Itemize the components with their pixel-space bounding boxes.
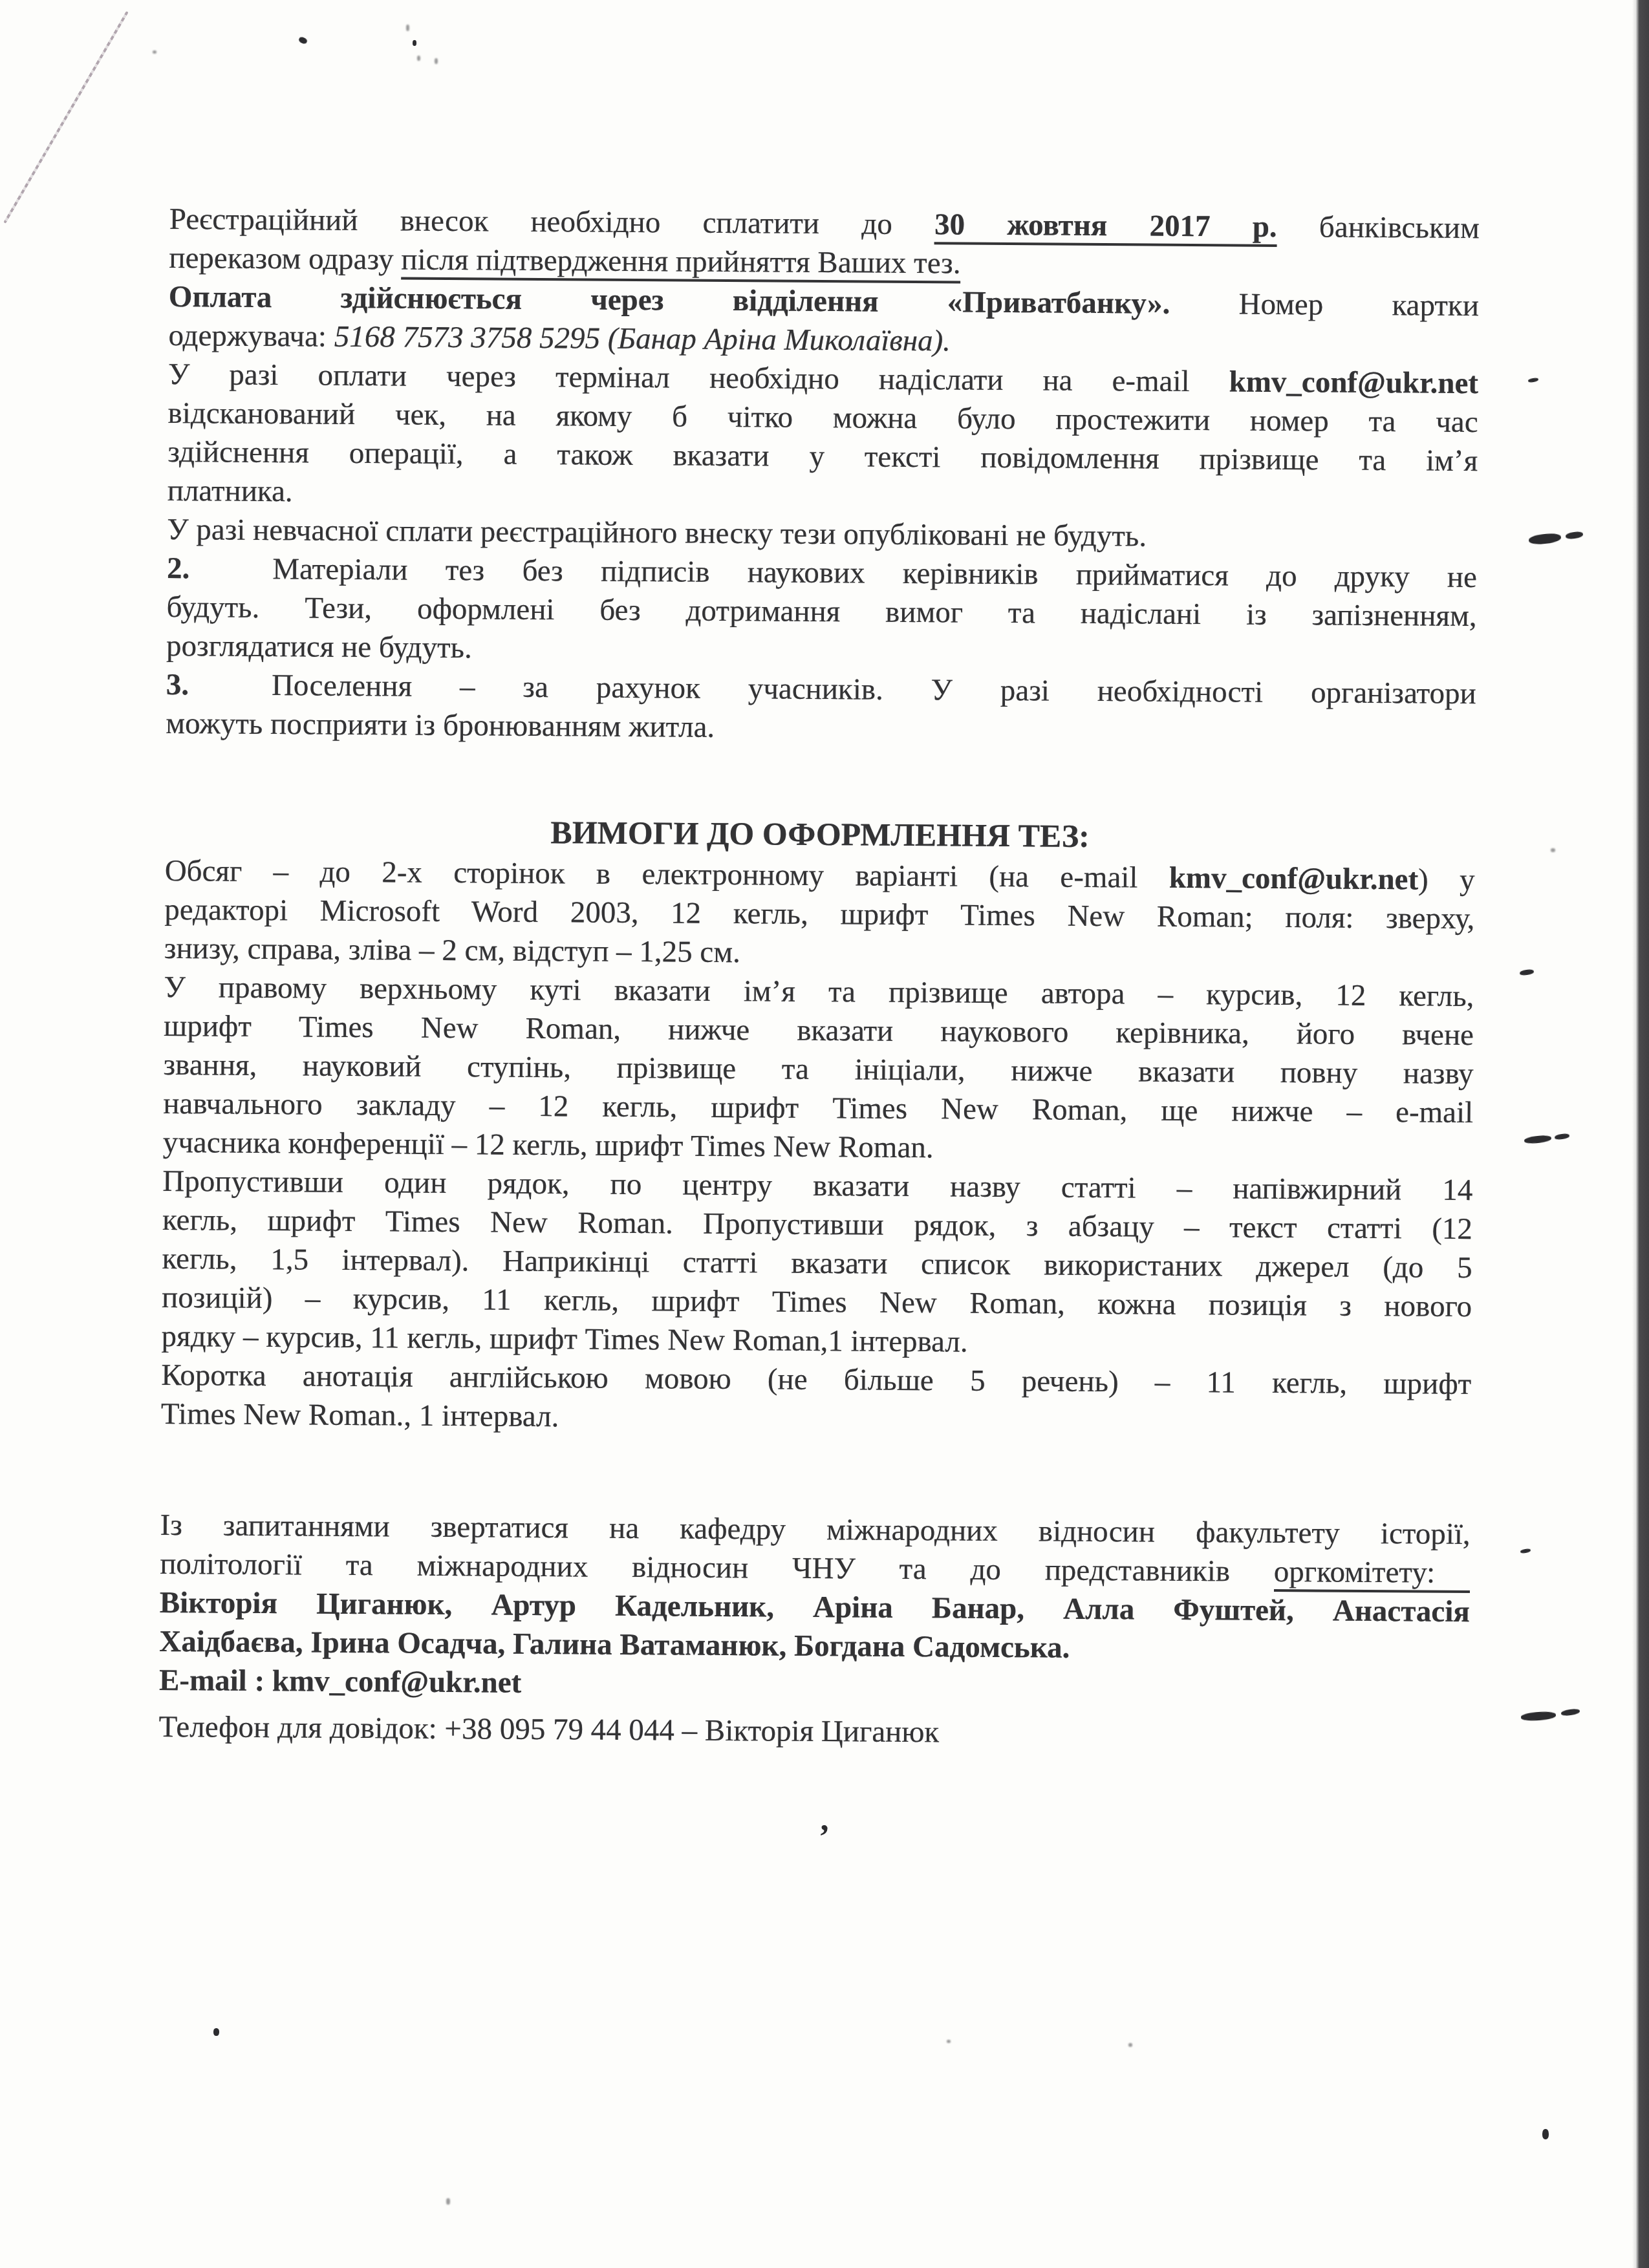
text-segment: 5168 7573 3758 5295 (Банар Аріна Миколаї… [334, 320, 951, 358]
text-segment: Пропустивши один рядок, по центру вказат… [162, 1164, 1472, 1207]
text-segment: Матеріали тез без підписів наукових кері… [272, 552, 1477, 594]
speck [947, 2040, 951, 2043]
text-segment: У разі оплати через термінал необхідно н… [168, 358, 1229, 398]
text-segment: Хаідбаєва, Ірина Осадча, Галина Ватаманю… [159, 1625, 1070, 1665]
text-segment: можуть посприяти із бронюванням житла. [166, 707, 715, 744]
text-segment: Обсяг – до 2-х сторінок в електронному в… [165, 854, 1169, 895]
text-segment: Реєстраційний внесок необхідно сплатити … [169, 202, 935, 241]
scan-edge-shadow [1632, 0, 1649, 2268]
text-segment: редакторі Microsoft Word 2003, 12 кегль,… [164, 893, 1474, 936]
paragraph: У разі оплати через термінал необхідно н… [167, 355, 1479, 519]
paragraph: Із запитаннями звертатися на кафедру між… [160, 1506, 1471, 1592]
text-segment: Times New Roman., 1 інтервал. [161, 1397, 559, 1433]
tab-space [189, 578, 272, 579]
speck [298, 36, 308, 45]
text-segment: відсканований чек, на якому б чітко можн… [168, 396, 1478, 439]
text-segment: одержувача: [168, 319, 334, 354]
ink-dash [1520, 1548, 1531, 1554]
text-segment: E-mail : kmv_conf@ukr.net [159, 1664, 522, 1700]
paragraph: Вікторія Циганюк, Артур Кадельник, Аріна… [159, 1583, 1470, 1670]
text-segment: звання, науковий ступінь, прізвище та ін… [163, 1048, 1473, 1091]
paragraph: Коротка анотація англійською мовою (не б… [161, 1356, 1472, 1442]
paragraph: 3.Поселення – за рахунок учасників. У ра… [166, 665, 1476, 752]
speck [1542, 2129, 1549, 2139]
paragraph: Обсяг – до 2-х сторінок в електронному в… [164, 851, 1475, 977]
text-segment: платника. [167, 474, 293, 508]
text-segment: будуть. Тези, оформлені без дотримання в… [166, 590, 1476, 633]
paragraph: У правому верхньому куті вказати ім’я та… [163, 968, 1474, 1171]
speck [406, 25, 409, 31]
text-segment: учасника конференції – 12 кегль, шрифт T… [163, 1126, 934, 1164]
text-segment: рядку – курсив, 11 кегль, шрифт Times Ne… [162, 1320, 968, 1359]
text-segment: Вікторія Циганюк, Артур Кадельник, Аріна… [160, 1586, 1470, 1629]
text-segment: Номер картки [1170, 287, 1479, 323]
tab-space [189, 694, 272, 695]
text-segment: Оплата здійснюється через відділення «Пр… [169, 280, 1170, 321]
text-segment: здійснення операції, а також вказати у т… [167, 435, 1478, 478]
text-segment: банківським [1277, 210, 1480, 245]
ink-dash [1528, 378, 1539, 383]
paragraph: Телефон для довідок: +38 095 79 44 044 –… [158, 1707, 1469, 1755]
speck [213, 2028, 219, 2036]
section-heading: ВИМОГИ ДО ОФОРМЛЕННЯ ТЕЗ: [165, 810, 1475, 858]
ink-dash [1555, 1133, 1570, 1140]
ink-dash [1524, 1135, 1552, 1144]
paragraph: Реєстраційний внесок необхідно сплатити … [169, 200, 1480, 286]
text-segment: навчального закладу – 12 кегль, шрифт Ti… [163, 1087, 1473, 1129]
text-segment: Телефон для довідок: +38 095 79 44 044 –… [158, 1710, 939, 1749]
paragraph: E-mail : kmv_conf@ukr.net [159, 1661, 1469, 1709]
speck [446, 2198, 450, 2205]
text-segment: kmv_conf@ukr.net [1169, 861, 1419, 897]
text-segment: 2. [167, 551, 190, 585]
text-segment: ) у [1418, 863, 1475, 897]
text-segment: кегль, 1,5 інтервал). Наприкінці статті … [162, 1242, 1472, 1285]
text-segment: оргкомітету: [1274, 1555, 1471, 1593]
text-segment: політології та міжнародних відносин ЧНУ … [160, 1547, 1274, 1589]
paragraph: Оплата здійснюється через відділення «Пр… [168, 277, 1479, 364]
text-segment: kmv_conf@ukr.net [1229, 365, 1479, 400]
ink-dash [1561, 1708, 1580, 1717]
text-segment: після підтвердження прийняття Ваших тез. [401, 243, 961, 284]
text-segment: кегль, шрифт Times New Roman. Пропустивш… [162, 1203, 1472, 1246]
scanned-page: Реєстраційний внесок необхідно сплатити … [0, 0, 1649, 2268]
ink-dash [1565, 531, 1583, 540]
text-segment: знизу, справа, зліва – 2 см, відступ – 1… [164, 932, 740, 969]
scan-scratch-line [3, 11, 128, 224]
text-segment: Із запитаннями звертатися на кафедру між… [160, 1508, 1471, 1551]
speck [435, 58, 438, 64]
text-segment: 3. [166, 668, 189, 701]
text-line: Телефон для довідок: +38 095 79 44 044 –… [158, 1707, 1469, 1755]
ink-dash [1521, 1711, 1557, 1722]
text-segment: шрифт Times New Roman, нижче вказати нау… [164, 1009, 1474, 1052]
ink-comma-speck: ’ [819, 1818, 830, 1856]
text-segment: 30 жовтня 2017 р. [934, 208, 1277, 247]
text-segment: позицій) – курсив, 11 кегль, шрифт Times… [162, 1281, 1472, 1323]
text-line: E-mail : kmv_conf@ukr.net [159, 1661, 1469, 1709]
speck [1128, 2043, 1132, 2047]
paragraph: 2.Матеріали тез без підписів наукових ке… [166, 549, 1477, 674]
text-segment: У разі невчасної сплати реєстраційного в… [167, 513, 1147, 553]
text-segment: розглядатися не будуть. [166, 629, 472, 665]
text-segment: Поселення – за рахунок учасників. У разі… [272, 669, 1476, 711]
speck [417, 56, 420, 61]
ink-dash [1528, 532, 1561, 545]
text-segment: У правому верхньому куті вказати ім’я та… [164, 970, 1474, 1013]
speck [413, 40, 416, 46]
speck [153, 50, 156, 54]
ink-dot [1551, 848, 1555, 852]
document-text: Реєстраційний внесок необхідно сплатити … [158, 200, 1480, 1755]
text-segment: Коротка анотація англійською мовою (не б… [161, 1358, 1471, 1401]
ink-dash [1520, 969, 1535, 976]
paragraph: Пропустивши один рядок, по центру вказат… [162, 1162, 1473, 1365]
text-segment: переказом одразу [169, 241, 401, 277]
